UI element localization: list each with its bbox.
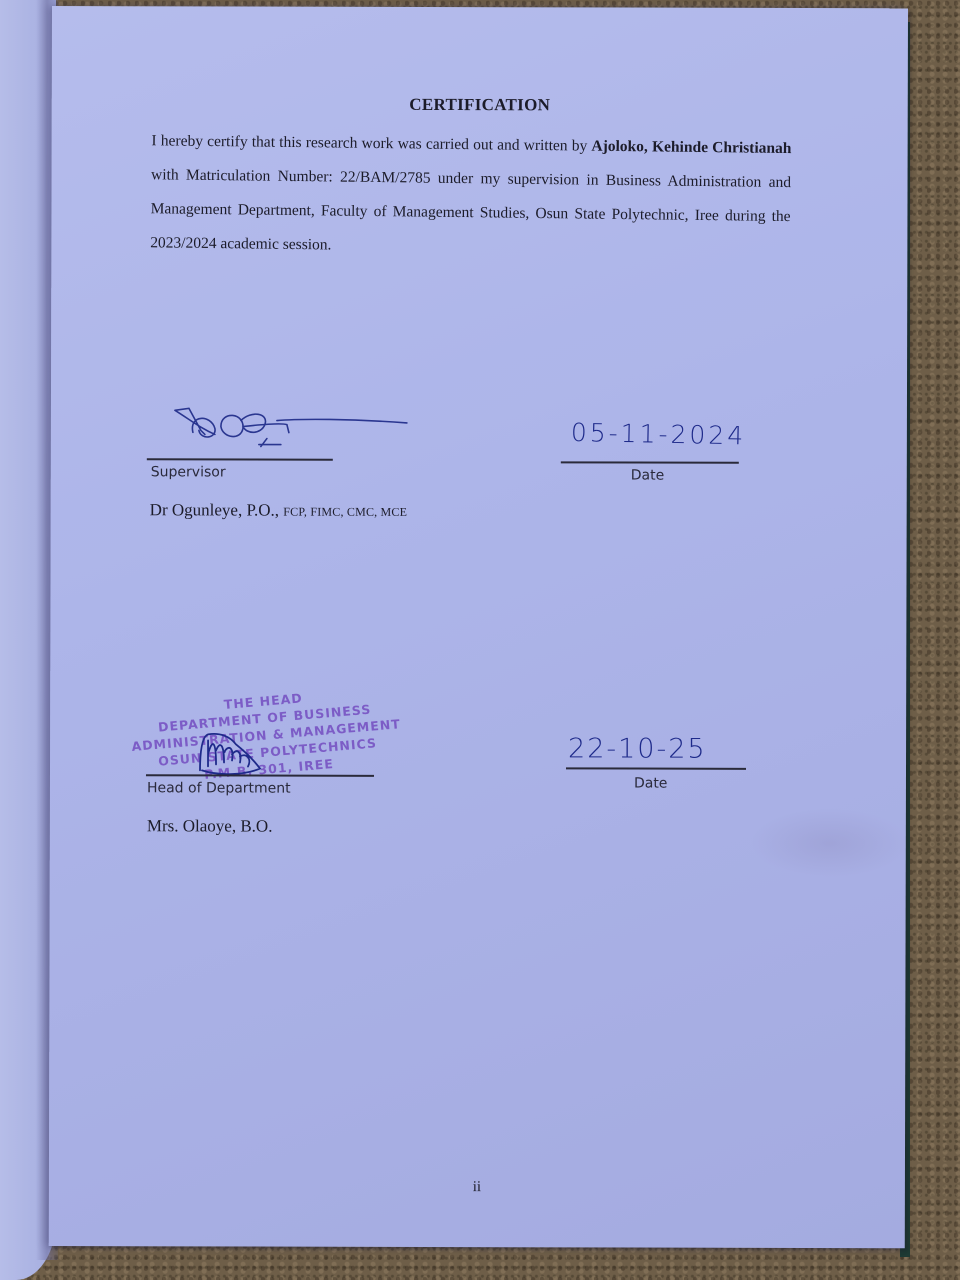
page-title-text: CERTIFICATION bbox=[409, 95, 550, 115]
certification-paragraph: I hereby certify that this research work… bbox=[150, 124, 792, 268]
page-number: ii bbox=[49, 1178, 905, 1197]
document-page: CERTIFICATION I hereby certify that this… bbox=[49, 6, 908, 1248]
page-title: CERTIFICATION bbox=[52, 94, 908, 116]
supervisor-name-text: Dr Ogunleye, P.O., bbox=[150, 500, 279, 519]
supervisor-name: Dr Ogunleye, P.O., FCP, FIMC, CMC, MCE bbox=[150, 500, 408, 521]
hod-handwritten-date: 22-10-25 bbox=[568, 733, 707, 764]
paragraph-intro: I hereby certify that this research work… bbox=[151, 132, 591, 154]
hod-date-line bbox=[566, 767, 746, 769]
supervisor-signature bbox=[171, 404, 411, 465]
paper-stain bbox=[750, 808, 910, 878]
hod-label: Head of Department bbox=[147, 780, 291, 796]
supervisor-credentials: FCP, FIMC, CMC, MCE bbox=[283, 505, 407, 519]
student-name: Ajoloko, Kehinde Christianah bbox=[591, 138, 791, 157]
supervisor-date-line bbox=[561, 461, 739, 463]
supervisor-label: Supervisor bbox=[151, 464, 226, 480]
paragraph-rest: with Matriculation Number: 22/BAM/2785 u… bbox=[150, 166, 791, 253]
hod-date-label: Date bbox=[634, 776, 668, 792]
supervisor-date-label: Date bbox=[631, 468, 665, 484]
supervisor-handwritten-date: 05-11-2024 bbox=[571, 418, 747, 451]
hod-signature bbox=[196, 730, 266, 778]
hod-name: Mrs. Olaoye, B.O. bbox=[147, 816, 273, 836]
